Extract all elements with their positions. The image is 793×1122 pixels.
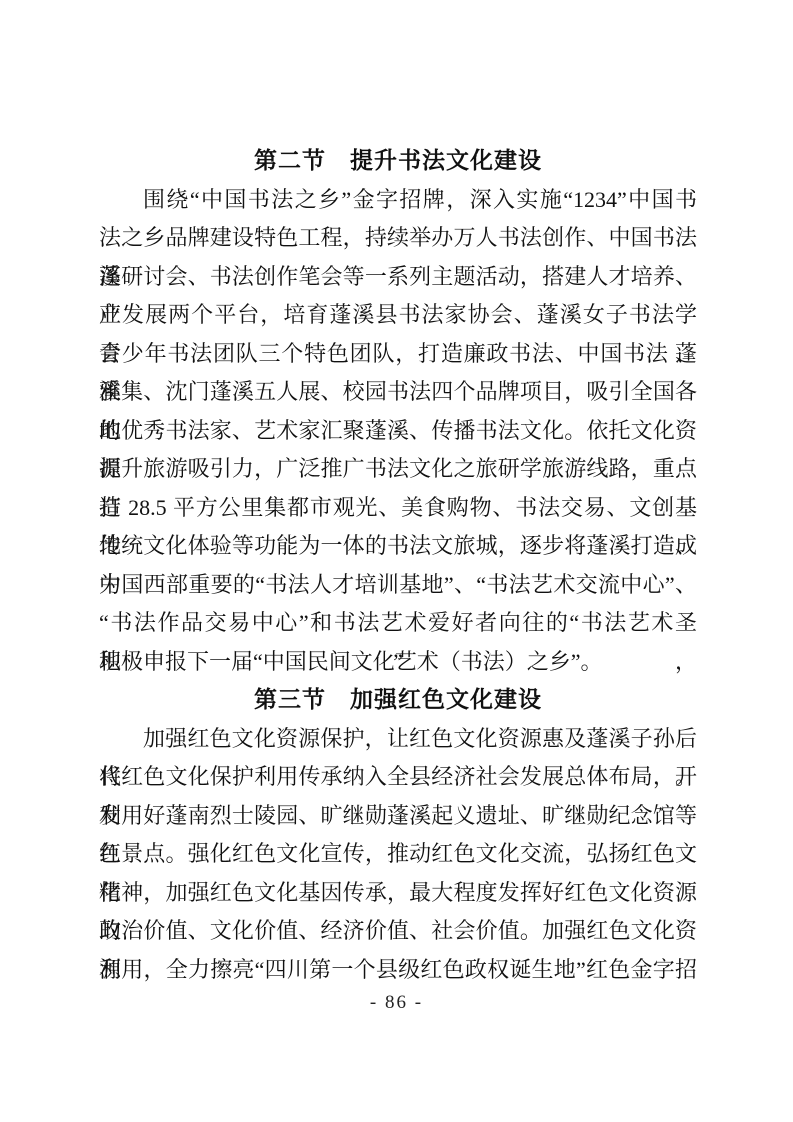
paragraph-line: 加强红色文化资源保护，让红色文化资源惠及蓬溪子孙后代。 bbox=[99, 720, 697, 759]
paragraph-line: “书法作品交易中心”和书法艺术爱好者向往的“书法艺术圣地”， bbox=[99, 604, 697, 643]
section-2-paragraph: 围绕“中国书法之乡”金字招牌，深入实施“1234”中国书法之乡品牌建设特色工程，… bbox=[99, 181, 697, 682]
document-page: 第二节 提升书法文化建设 围绕“中国书法之乡”金字招牌，深入实施“1234”中国… bbox=[0, 0, 793, 1122]
section-3-paragraph: 加强红色文化资源保护，让红色文化资源惠及蓬溪子孙后代。将红色文化保护利用传承纳入… bbox=[99, 720, 697, 990]
paragraph-line: 精神，加强红色文化基因传承，最大程度发挥好红色文化资源的 bbox=[99, 874, 697, 913]
paragraph-line: 法之乡品牌建设特色工程，持续举办万人书法创作、中国书法蓬 bbox=[99, 219, 697, 258]
paragraph-line: 色景点。强化红色文化宣传，推动红色文化交流，弘扬红色文化 bbox=[99, 835, 697, 874]
paragraph-line: 利用，全力擦亮“四川第一个县级红色政权诞生地”红色金字招 bbox=[99, 951, 697, 990]
paragraph-line: 的优秀书法家、艺术家汇聚蓬溪、传播书法文化。依托文化资源 bbox=[99, 412, 697, 451]
paragraph-line: 中国西部重要的“书法人才培训基地”、“书法艺术交流中心”、 bbox=[99, 566, 697, 605]
paragraph-line: 提升旅游吸引力，广泛推广书法文化之旅研学旅游线路，重点打 bbox=[99, 450, 697, 489]
paragraph-line: 利用好蓬南烈士陵园、旷继勋蓬溪起义遗址、旷继勋纪念馆等红 bbox=[99, 797, 697, 836]
paragraph-line: 传统文化体验等功能为一体的书法文旅城，逐步将蓬溪打造成为 bbox=[99, 527, 697, 566]
paragraph-line: 雅集、沈门蓬溪五人展、校园书法四个品牌项目，吸引全国各地 bbox=[99, 373, 697, 412]
paragraph-line: 将红色文化保护利用传承纳入全县经济社会发展总体布局，开发 bbox=[99, 758, 697, 797]
page-number: - 86 - bbox=[0, 991, 793, 1015]
paragraph-line: 溪研讨会、书法创作笔会等一系列主题活动，搭建人才培养、产 bbox=[99, 258, 697, 297]
paragraph-line: 政治价值、文化价值、经济价值、社会价值。加强红色文化资源 bbox=[99, 912, 697, 951]
paragraph-line: 业发展两个平台，培育蓬溪县书法家协会、蓬溪女子书法学会、 bbox=[99, 296, 697, 335]
section-2-heading: 第二节 提升书法文化建设 bbox=[99, 142, 697, 181]
paragraph-line: 围绕“中国书法之乡”金字招牌，深入实施“1234”中国书 bbox=[99, 181, 697, 220]
paragraph-line: 青少年书法团队三个特色团队，打造廉政书法、中国书法 蓬溪 bbox=[99, 335, 697, 374]
section-3-heading: 第三节 加强红色文化建设 bbox=[99, 681, 697, 720]
page-content: 第二节 提升书法文化建设 围绕“中国书法之乡”金字招牌，深入实施“1234”中国… bbox=[99, 142, 697, 989]
paragraph-line: 造 28.5 平方公里集都市观光、美食购物、书法交易、文创基地、 bbox=[99, 489, 697, 528]
